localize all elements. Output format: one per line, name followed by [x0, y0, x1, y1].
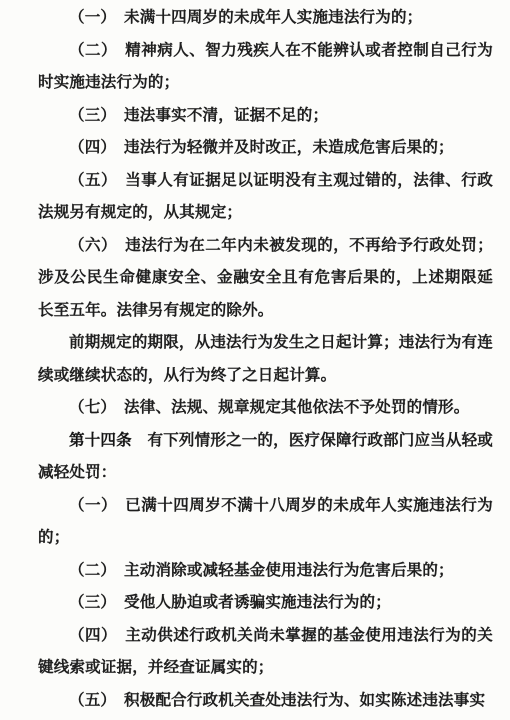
paragraph: （一） 未满十四周岁的未成年人实施违法行为的；: [38, 2, 493, 35]
paragraph-text: （一） 未满十四周岁的未成年人实施违法行为的；: [69, 9, 422, 26]
paragraph-text: （三） 违法事实不清，证据不足的；: [69, 107, 328, 124]
paragraph: （七） 法律、法规、规章规定其他依法不予处罚的情形。: [38, 392, 493, 425]
paragraph-text: （四） 违法行为轻微并及时改正，未造成危害后果的；: [69, 139, 454, 156]
paragraph-text: （三） 受他人胁迫或者诱骗实施违法行为的；: [69, 594, 391, 611]
paragraph-text: 前期规定的期限，从违法行为发生之日起计算；违法行为有连续或继续状态的，从行为终了…: [38, 334, 493, 384]
paragraph-text: （七） 法律、法规、规章规定其他依法不予处罚的情形。: [69, 399, 469, 416]
paragraph: （一） 已满十四周岁不满十八周岁的未成年人实施违法行为的；: [38, 490, 493, 555]
paragraph: （六） 违法行为在二年内未被发现的，不再给予行政处罚；涉及公民生命健康安全、金融…: [38, 230, 493, 328]
paragraph: 第十四条 有下列情形之一的，医疗保障行政部门应当从轻或减轻处罚：: [38, 425, 493, 490]
paragraph-text: （一） 已满十四周岁不满十八周岁的未成年人实施违法行为的；: [38, 497, 493, 547]
paragraph-text: （二） 精神病人、智力残疾人在不能辨认或者控制自己行为时实施违法行为的；: [38, 42, 493, 92]
article-number-label: 第十四条: [69, 432, 132, 449]
paragraph: （五） 积极配合行政机关查处违法行为、如实陈述违法事实: [38, 685, 493, 718]
paragraph: （三） 违法事实不清，证据不足的；: [38, 100, 493, 133]
paragraph: （四） 主动供述行政机关尚未掌握的基金使用违法行为的关键线索或证据，并经查证属实…: [38, 620, 493, 685]
paragraph-text: （五） 积极配合行政机关查处违法行为、如实陈述违法事实: [69, 692, 485, 709]
document-body: （一） 未满十四周岁的未成年人实施违法行为的； （二） 精神病人、智力残疾人在不…: [0, 0, 510, 717]
document-page: （一） 未满十四周岁的未成年人实施违法行为的； （二） 精神病人、智力残疾人在不…: [0, 0, 510, 720]
paragraph: （二） 精神病人、智力残疾人在不能辨认或者控制自己行为时实施违法行为的；: [38, 35, 493, 100]
paragraph: （三） 受他人胁迫或者诱骗实施违法行为的；: [38, 587, 493, 620]
paragraph-text: （二） 主动消除或减轻基金使用违法行为危害后果的；: [69, 562, 454, 579]
paragraph: 前期规定的期限，从违法行为发生之日起计算；违法行为有连续或继续状态的，从行为终了…: [38, 327, 493, 392]
paragraph: （二） 主动消除或减轻基金使用违法行为危害后果的；: [38, 555, 493, 588]
paragraph: （五） 当事人有证据足以证明没有主观过错的，法律、行政法规另有规定的，从其规定；: [38, 165, 493, 230]
paragraph-text: （四） 主动供述行政机关尚未掌握的基金使用违法行为的关键线索或证据，并经查证属实…: [38, 627, 493, 677]
paragraph-text: （五） 当事人有证据足以证明没有主观过错的，法律、行政法规另有规定的，从其规定；: [38, 172, 493, 222]
paragraph-text: （六） 违法行为在二年内未被发现的，不再给予行政处罚；涉及公民生命健康安全、金融…: [38, 237, 493, 319]
paragraph: （四） 违法行为轻微并及时改正，未造成危害后果的；: [38, 132, 493, 165]
